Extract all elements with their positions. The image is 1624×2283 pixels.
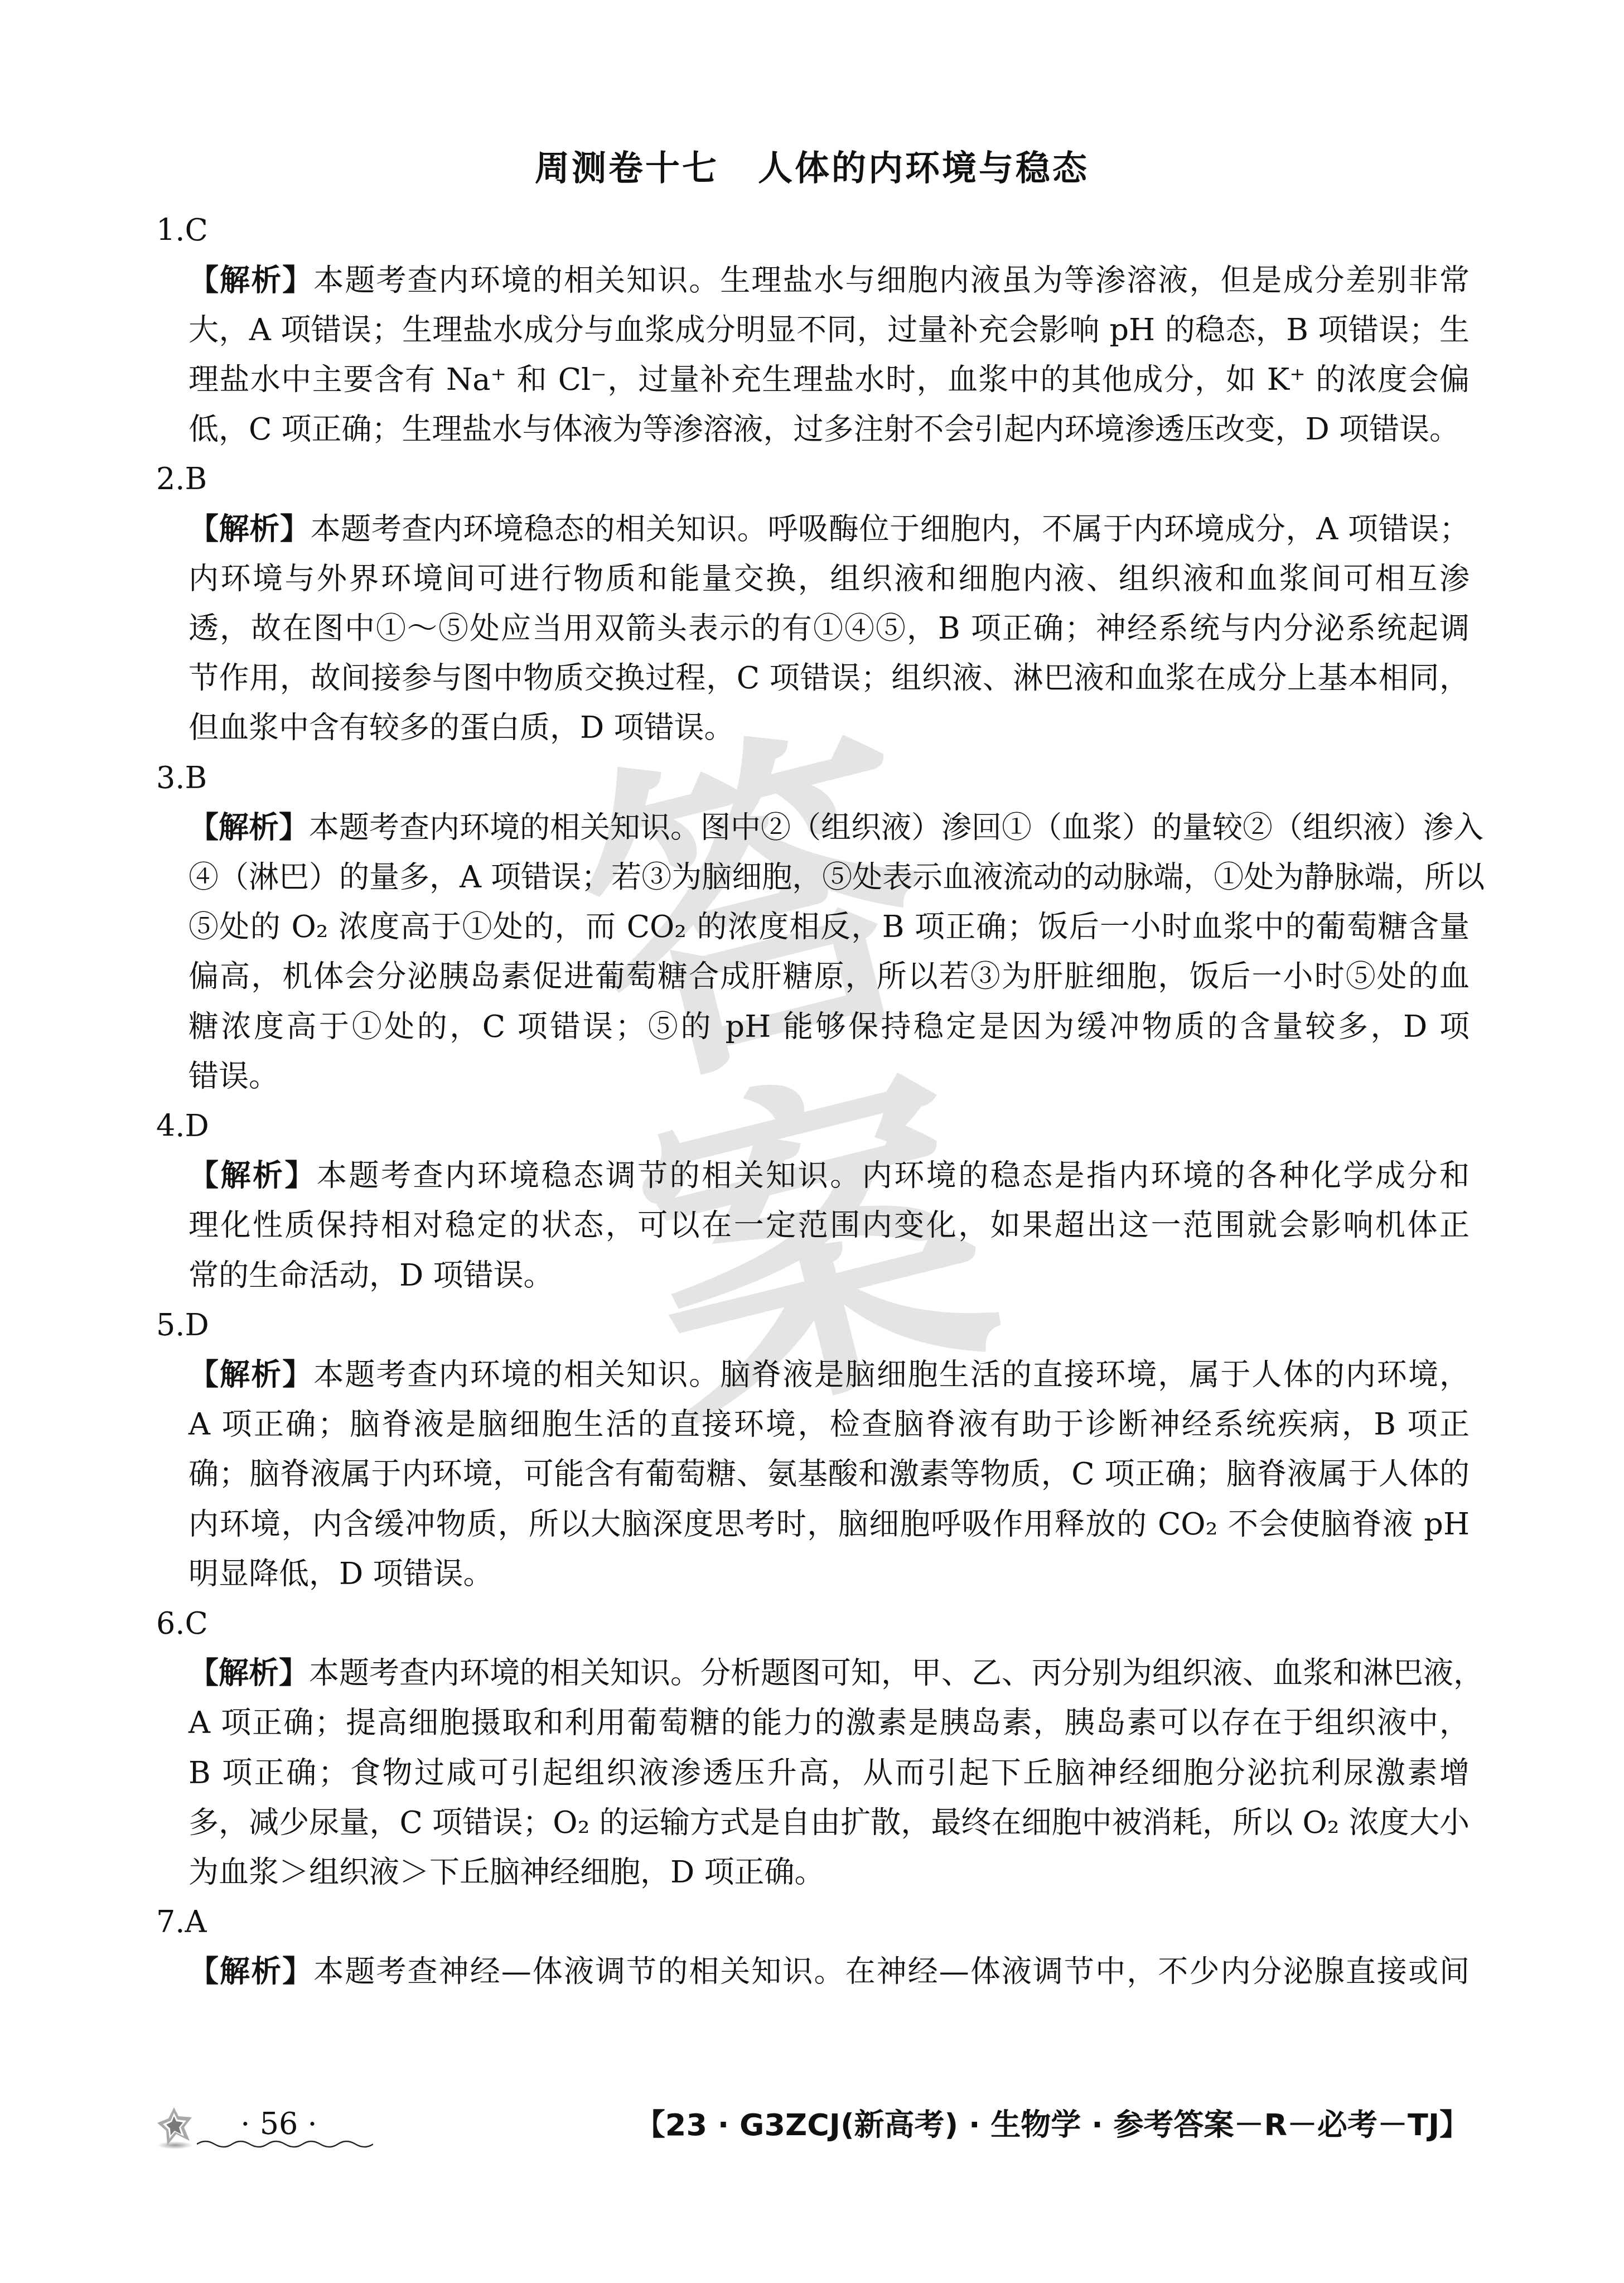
analysis-tag: 【解析】 xyxy=(188,1655,309,1691)
title-part-2: 人体的内环境与稳态 xyxy=(758,148,1089,189)
analysis-text: A 项正确；脑脊液是脑细胞生活的直接环境，检查脑脊液有助于诊断神经系统疾病，B … xyxy=(188,1407,1470,1442)
answer-page: 答 案 周测卷十七人体的内环境与稳态 1.C【解析】本题考查内环境的相关知识。生… xyxy=(0,0,1624,2283)
analysis-paragraph-start: 【解析】本题考查内环境的相关知识。图中②（组织液）渗回①（血浆）的量较②（组织液… xyxy=(188,803,1470,852)
analysis-text: 糖浓度高于①处的，C 项错误；⑤的 pH 能够保持稳定是因为缓冲物质的含量较多，… xyxy=(188,1009,1470,1044)
answer-number: 1.C xyxy=(156,205,208,255)
analysis-line: ⑤处的 O₂ 浓度高于①处的，而 CO₂ 的浓度相反，B 项正确；饭后一小时血浆… xyxy=(188,902,1470,952)
analysis-text: ④（淋巴）的量多，A 项错误；若③为脑细胞，⑤处表示血液流动的动脉端，①处为静脉… xyxy=(188,860,1485,895)
answer-number: 5.D xyxy=(156,1300,209,1350)
analysis-text: 透，故在图中①～⑤处应当用双箭头表示的有①④⑤，B 项正确；神经系统与内分泌系统… xyxy=(188,611,1470,646)
answer-number: 4.D xyxy=(156,1101,209,1151)
footer-document-code: 【23 · G3ZCJ(新高考) · 生物学 · 参考答案－R－必考－TJ】 xyxy=(635,2107,1470,2143)
analysis-text: 本题考查神经—体液调节的相关知识。在神经—体液调节中，不少内分泌腺直接或间 xyxy=(313,1954,1470,1989)
title-part-1: 周测卷十七 xyxy=(535,148,719,189)
analysis-line: 偏高，机体会分泌胰岛素促进葡萄糖合成肝糖原，所以若③为肝脏细胞，饭后一小时⑤处的… xyxy=(188,952,1470,1001)
analysis-text: 内环境，内含缓冲物质，所以大脑深度思考时，脑细胞呼吸作用释放的 CO₂ 不会使脑… xyxy=(188,1507,1470,1542)
analysis-line: A 项正确；提高细胞摄取和利用葡萄糖的能力的激素是胰岛素，胰岛素可以存在于组织液… xyxy=(188,1698,1470,1748)
wavy-underline xyxy=(197,2137,373,2149)
analysis-tag: 【解析】 xyxy=(188,1158,317,1193)
analysis-text: B 项正确；食物过咸可引起组织液渗透压升高，从而引起下丘脑神经细胞分泌抗利尿激素… xyxy=(188,1755,1470,1790)
analysis-text: 确；脑脊液属于内环境，可能含有葡萄糖、氨基酸和激素等物质，C 项正确；脑脊液属于… xyxy=(188,1456,1470,1492)
analysis-text: 本题考查内环境的相关知识。图中②（组织液）渗回①（血浆）的量较②（组织液）渗入 xyxy=(309,810,1483,845)
analysis-text: 低，C 项正确；生理盐水与体液为等渗溶液，过多注射不会引起内环境渗透压改变，D … xyxy=(188,412,1459,447)
analysis-text: 内环境与外界环境间可进行物质和能量交换，组织液和细胞内液、组织液和血浆间可相互渗 xyxy=(188,561,1470,596)
analysis-tag: 【解析】 xyxy=(188,1954,313,1989)
analysis-text: 为血浆＞组织液＞下丘脑神经细胞，D 项正确。 xyxy=(188,1855,824,1890)
footer-page-info: · 56 · xyxy=(156,2106,379,2151)
analysis-text: 常的生命活动，D 项错误。 xyxy=(188,1258,553,1293)
answer-number: 2.B xyxy=(156,454,207,504)
analysis-text: 但血浆中含有较多的蛋白质，D 项错误。 xyxy=(188,710,734,745)
analysis-line: 为血浆＞组织液＞下丘脑神经细胞，D 项正确。 xyxy=(188,1847,1470,1897)
analysis-line: 明显降低，D 项错误。 xyxy=(188,1549,1470,1599)
analysis-line: B 项正确；食物过咸可引起组织液渗透压升高，从而引起下丘脑神经细胞分泌抗利尿激素… xyxy=(188,1748,1470,1798)
analysis-line: 错误。 xyxy=(188,1051,1470,1101)
analysis-line: 确；脑脊液属于内环境，可能含有葡萄糖、氨基酸和激素等物质，C 项正确；脑脊液属于… xyxy=(188,1449,1470,1499)
analysis-paragraph-start: 【解析】本题考查内环境的相关知识。脑脊液是脑细胞生活的直接环境，属于人体的内环境… xyxy=(188,1350,1470,1399)
analysis-paragraph-start: 【解析】本题考查内环境的相关知识。生理盐水与细胞内液虽为等渗溶液，但是成分差别非… xyxy=(188,255,1470,305)
analysis-line: 节作用，故间接参与图中物质交换过程，C 项错误；组织液、淋巴液和血浆在成分上基本… xyxy=(188,653,1470,703)
analysis-paragraph-start: 【解析】本题考查内环境稳态的相关知识。呼吸酶位于细胞内，不属于内环境成分，A 项… xyxy=(188,504,1470,554)
analysis-text: 理化性质保持相对稳定的状态，可以在一定范围内变化，如果超出这一范围就会影响机体正 xyxy=(188,1208,1470,1243)
answer-number: 7.A xyxy=(156,1897,207,1947)
analysis-text: 本题考查内环境的相关知识。生理盐水与细胞内液虽为等渗溶液，但是成分差别非常 xyxy=(313,263,1470,298)
analysis-tag: 【解析】 xyxy=(188,1357,313,1392)
answer-number: 3.B xyxy=(156,753,207,803)
analysis-text: ⑤处的 O₂ 浓度高于①处的，而 CO₂ 的浓度相反，B 项正确；饭后一小时血浆… xyxy=(188,909,1470,944)
analysis-text: 错误。 xyxy=(188,1059,279,1094)
page-number: · 56 · xyxy=(206,2107,351,2141)
analysis-text: 大，A 项错误；生理盐水成分与血浆成分明显不同，过量补充会影响 pH 的稳态，B… xyxy=(188,312,1470,347)
analysis-line: 理盐水中主要含有 Na⁺ 和 Cl⁻，过量补充生理盐水时，血浆中的其他成分，如 … xyxy=(188,355,1470,404)
analysis-line: 内环境与外界环境间可进行物质和能量交换，组织液和细胞内液、组织液和血浆间可相互渗 xyxy=(188,554,1470,604)
analysis-line: 低，C 项正确；生理盐水与体液为等渗溶液，过多注射不会引起内环境渗透压改变，D … xyxy=(188,404,1470,454)
analysis-line: A 项正确；脑脊液是脑细胞生活的直接环境，检查脑脊液有助于诊断神经系统疾病，B … xyxy=(188,1399,1470,1449)
analysis-text: A 项正确；提高细胞摄取和利用葡萄糖的能力的激素是胰岛素，胰岛素可以存在于组织液… xyxy=(188,1705,1470,1740)
analysis-line: 糖浓度高于①处的，C 项错误；⑤的 pH 能够保持稳定是因为缓冲物质的含量较多，… xyxy=(188,1002,1470,1051)
analysis-line: 内环境，内含缓冲物质，所以大脑深度思考时，脑细胞呼吸作用释放的 CO₂ 不会使脑… xyxy=(188,1499,1470,1549)
analysis-line: 常的生命活动，D 项错误。 xyxy=(188,1251,1470,1300)
analysis-paragraph-start: 【解析】本题考查内环境稳态调节的相关知识。内环境的稳态是指内环境的各种化学成分和 xyxy=(188,1151,1470,1200)
analysis-text: 偏高，机体会分泌胰岛素促进葡萄糖合成肝糖原，所以若③为肝脏细胞，饭后一小时⑤处的… xyxy=(188,959,1470,994)
analysis-tag: 【解析】 xyxy=(188,511,311,547)
analysis-text: 理盐水中主要含有 Na⁺ 和 Cl⁻，过量补充生理盐水时，血浆中的其他成分，如 … xyxy=(188,362,1470,397)
analysis-paragraph-start: 【解析】本题考查神经—体液调节的相关知识。在神经—体液调节中，不少内分泌腺直接或… xyxy=(188,1947,1470,1996)
page-title: 周测卷十七人体的内环境与稳态 xyxy=(0,146,1624,191)
analysis-tag: 【解析】 xyxy=(188,263,313,298)
analysis-text: 节作用，故间接参与图中物质交换过程，C 项错误；组织液、淋巴液和血浆在成分上基本… xyxy=(188,660,1470,696)
analysis-line: 多，减少尿量，C 项错误；O₂ 的运输方式是自由扩散，最终在细胞中被消耗，所以 … xyxy=(188,1798,1470,1847)
star-icon xyxy=(156,2106,194,2150)
analysis-line: 透，故在图中①～⑤处应当用双箭头表示的有①④⑤，B 项正确；神经系统与内分泌系统… xyxy=(188,604,1470,653)
analysis-text: 多，减少尿量，C 项错误；O₂ 的运输方式是自由扩散，最终在细胞中被消耗，所以 … xyxy=(188,1805,1470,1840)
analysis-text: 本题考查内环境的相关知识。脑脊液是脑细胞生活的直接环境，属于人体的内环境， xyxy=(313,1357,1470,1392)
answer-number: 6.C xyxy=(156,1599,208,1648)
analysis-line: ④（淋巴）的量多，A 项错误；若③为脑细胞，⑤处表示血液流动的动脉端，①处为静脉… xyxy=(188,852,1470,902)
analysis-text: 本题考查内环境稳态调节的相关知识。内环境的稳态是指内环境的各种化学成分和 xyxy=(317,1158,1470,1193)
analysis-text: 本题考查内环境的相关知识。分析题图可知，甲、乙、丙分别为组织液、血浆和淋巴液， xyxy=(309,1655,1483,1691)
analysis-text: 本题考查内环境稳态的相关知识。呼吸酶位于细胞内，不属于内环境成分，A 项错误； xyxy=(311,511,1470,547)
analysis-text: 明显降低，D 项错误。 xyxy=(188,1556,493,1591)
analysis-tag: 【解析】 xyxy=(188,810,309,845)
analysis-line: 理化性质保持相对稳定的状态，可以在一定范围内变化，如果超出这一范围就会影响机体正 xyxy=(188,1200,1470,1250)
analysis-paragraph-start: 【解析】本题考查内环境的相关知识。分析题图可知，甲、乙、丙分别为组织液、血浆和淋… xyxy=(188,1648,1470,1698)
analysis-line: 大，A 项错误；生理盐水成分与血浆成分明显不同，过量补充会影响 pH 的稳态，B… xyxy=(188,305,1470,355)
analysis-line: 但血浆中含有较多的蛋白质，D 项错误。 xyxy=(188,703,1470,752)
